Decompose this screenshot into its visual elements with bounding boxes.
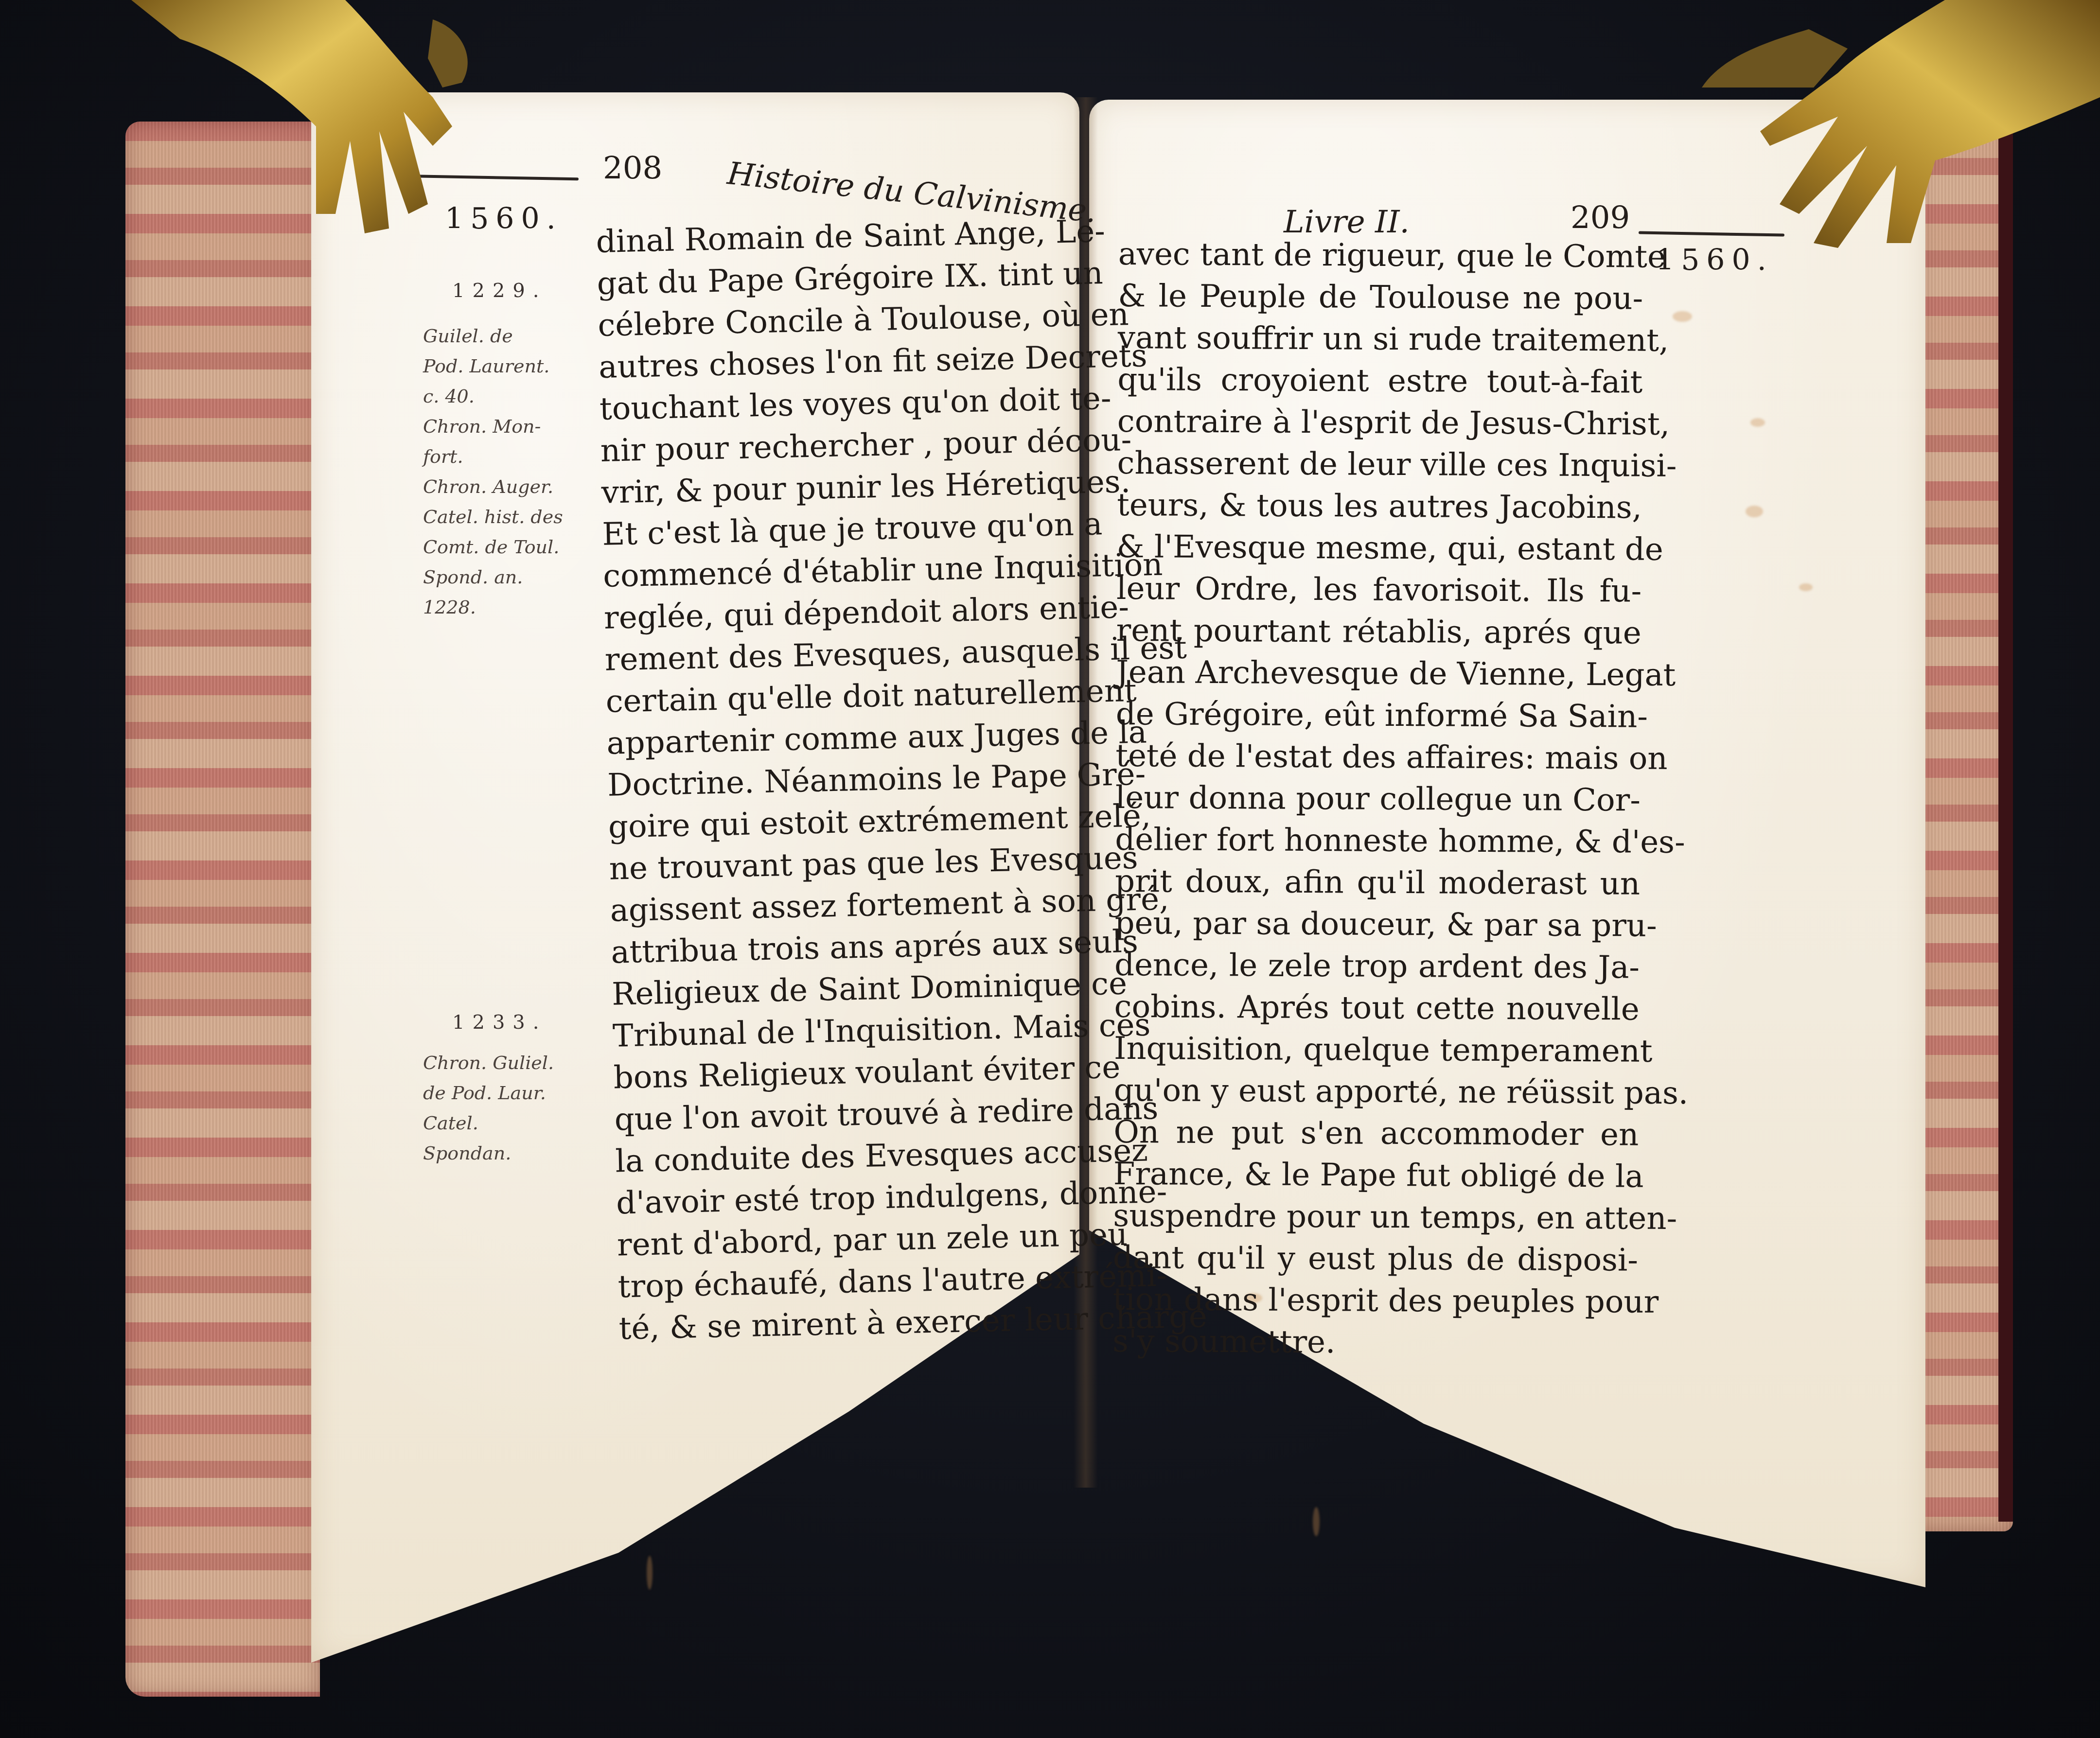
brass-hand-icon: [92, 0, 588, 253]
text-line: peu, par sa douceur, & par sa pru-: [1114, 902, 1640, 947]
text-line: dant qu'il y eust plus de disposi-: [1113, 1237, 1638, 1282]
text-line: Jean Archevesque de Vienne, Legat: [1116, 651, 1641, 696]
text-line: chasserent de leur ville ces Inquisi-: [1117, 442, 1642, 487]
text-line: contraire à l'esprit de Jesus-Christ,: [1117, 401, 1642, 445]
text-line: teurs, & tous les autres Jacobins,: [1117, 484, 1642, 529]
side-note-line: Pod. Laurent.: [423, 351, 563, 381]
text-line: qu'ils croyoient estre tout-à-fait: [1117, 359, 1642, 404]
side-note-year-1233: 1233.: [452, 1011, 547, 1034]
left-page-body: dinal Romain de Saint Ange, Le- gat du P…: [596, 211, 1086, 1350]
text-line: s'y soumettre.: [1112, 1320, 1638, 1365]
text-line: dence, le zele trop ardent des Ja-: [1114, 944, 1640, 989]
side-note-group-1: Guilel. de Pod. Laurent. c. 40. Chron. M…: [423, 321, 563, 622]
page-number-right: 209: [1571, 200, 1630, 236]
side-note-line: 1228.: [423, 592, 563, 622]
side-note-line: Catel. hist. des: [423, 502, 563, 532]
foxing-spot: [1750, 418, 1765, 427]
text-line: cobins. Aprés tout cette nouvelle: [1114, 986, 1639, 1031]
side-note-line: fort.: [423, 441, 563, 472]
side-note-line: Chron. Guliel.: [423, 1048, 554, 1078]
book-photo-scene: 208 Histoire du Calvinisme. 1560. 1229. …: [0, 0, 2100, 1738]
text-line: qu'on y eust apporté, ne réüssit pas.: [1114, 1070, 1639, 1114]
text-line: de Grégoire, eût informé Sa Sain-: [1116, 693, 1641, 738]
side-note-line: Comt. de Toul.: [423, 532, 563, 562]
side-note-line: c. 40.: [423, 381, 563, 411]
foxing-spot: [1799, 583, 1813, 591]
foxing-spot: [647, 1556, 653, 1590]
side-note-line: Chron. Auger.: [423, 472, 563, 502]
text-line: avec tant de rigueur, que le Comte: [1118, 233, 1643, 278]
foxing-spot: [1313, 1507, 1320, 1536]
side-note-line: Spondan.: [423, 1138, 554, 1168]
side-note-line: Spond. an.: [423, 562, 563, 592]
side-note-line: Chron. Mon-: [423, 411, 563, 441]
page-number-left: 208: [603, 151, 662, 187]
text-line: teté de l'estat des affaires: mais on: [1115, 735, 1641, 780]
text-line: On ne put s'en accommoder en: [1113, 1111, 1639, 1156]
text-line: & le Peuple de Toulouse ne pou-: [1118, 275, 1643, 320]
text-line: delier fort honneste homme, & d'es-: [1115, 819, 1640, 863]
text-line: suspendre pour un temps, en atten-: [1113, 1195, 1638, 1240]
text-line: Inquisition, quelque temperament: [1114, 1028, 1639, 1072]
text-line: prit doux, afin qu'il moderast un: [1115, 860, 1640, 905]
side-note-line: Catel.: [423, 1108, 554, 1138]
side-note-line: de Pod. Laur.: [423, 1078, 554, 1108]
binding-edge: [1998, 122, 2013, 1522]
text-line: & l'Evesque mesme, qui, estant de: [1116, 526, 1641, 571]
side-note-group-2: Chron. Guliel. de Pod. Laur. Catel. Spon…: [423, 1048, 554, 1168]
foxing-spot: [1746, 506, 1763, 517]
text-line: leur Ordre, les favorisoit. Ils fu-: [1116, 568, 1641, 613]
text-line: tion dans l'esprit des peuples pour: [1112, 1279, 1638, 1323]
side-note-line: Guilel. de: [423, 321, 563, 351]
text-line: vant souffrir un si rude traitement,: [1118, 317, 1643, 362]
side-note-year-1229: 1229.: [452, 280, 547, 302]
brass-hand-icon: [1692, 0, 2100, 272]
right-page-body: avec tant de rigueur, que le Comte & le …: [1112, 233, 1643, 1365]
left-fore-edge: [125, 122, 320, 1697]
text-line: France, & le Pape fut obligé de la: [1113, 1153, 1639, 1198]
text-line: leur donna pour collegue un Cor-: [1115, 777, 1641, 822]
text-line: rent pourtant rétablis, aprés que: [1116, 610, 1641, 654]
foxing-spot: [1673, 311, 1692, 322]
